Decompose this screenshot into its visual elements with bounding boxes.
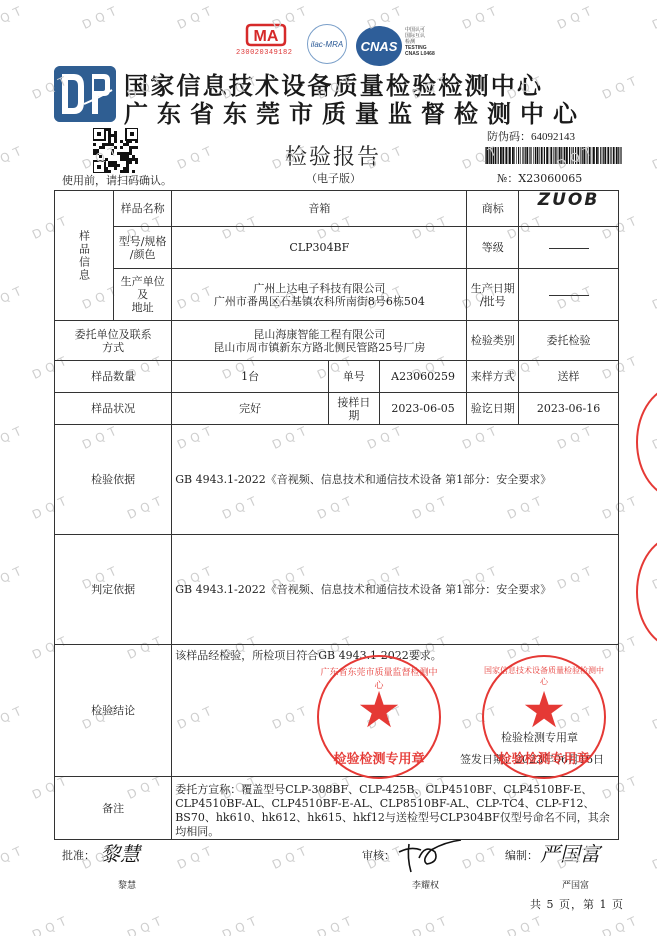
manufacturer-label: 生产单位及地址 — [114, 269, 172, 321]
watermark-text: DQT — [650, 422, 657, 452]
compile-label: 编制： — [505, 847, 538, 863]
seal-stamp-edge-1 — [636, 385, 657, 499]
compile-name: 严国富 — [562, 878, 589, 891]
production-date-label: 生产日期/批号 — [467, 269, 519, 321]
table-row: 样品状况 完好 接样日期 2023-06-05 验讫日期 2023-06-16 — [55, 393, 619, 425]
client-value: 昆山海康智能工程有限公司 昆山市周市镇新东方路北侧民管路25号厂房 — [172, 321, 467, 361]
watermark-text: DQT — [175, 142, 218, 172]
table-row: 型号/规格/颜色 CLP304BF 等级 — [55, 227, 619, 269]
review-label: 审核： — [362, 847, 395, 863]
test-type-label: 检验类别 — [467, 321, 519, 361]
sample-info-group-label: 样品信息 — [55, 191, 114, 321]
table-row: 样品数量 1台 单号 A23060259 来样方式 送样 — [55, 361, 619, 393]
approve-label: 批准： — [62, 847, 95, 863]
sampling-value: 送样 — [519, 361, 619, 393]
grade-value — [519, 227, 619, 269]
watermark-text: DQT — [555, 2, 598, 32]
watermark-text: DQT — [650, 842, 657, 872]
table-row: 检验依据 GB 4943.1-2022《音视频、信息技术和通信技术设备 第1部分… — [55, 425, 619, 535]
dqt-logo-icon — [54, 66, 116, 122]
watermark-text: DQT — [0, 422, 28, 452]
manufacturer-value: 广州上达电子科技有限公司 广州市番禺区石基镇农科所南街8号6栋504 — [172, 269, 467, 321]
table-row: 判定依据 GB 4943.1-2022《音视频、信息技术和通信技术设备 第1部分… — [55, 535, 619, 645]
watermark-text: DQT — [600, 912, 643, 936]
page-number: 共 5 页，第 1 页 — [530, 896, 624, 912]
watermark-text: DQT — [650, 282, 657, 312]
watermark-text: DQT — [410, 912, 453, 936]
production-date-value — [519, 269, 619, 321]
table-row: 备注 委托方宣称：覆盖型号CLP-308BF、CLP-425B、CLP4510B… — [55, 777, 619, 840]
trademark-label: 商标 — [467, 191, 519, 227]
watermark-text: DQT — [650, 142, 657, 172]
conclusion-value: 该样品经检验，所检项目符合GB 4943.1-2022要求。 检验检测专用章 签… — [172, 645, 619, 777]
issue-date: 签发日期：2023年06月16日 — [460, 753, 604, 766]
judgement-label: 判定依据 — [55, 535, 172, 645]
order-no-value: A23060259 — [379, 361, 467, 393]
table-row: 检验结论 该样品经检验，所检项目符合GB 4943.1-2022要求。 检验检测… — [55, 645, 619, 777]
seal-caption: 检验检测专用章 — [501, 731, 578, 744]
review-name: 李耀权 — [412, 878, 439, 891]
watermark-text: DQT — [650, 562, 657, 592]
model-value: CLP304BF — [172, 227, 467, 269]
cma-logo-icon: MA — [245, 22, 287, 48]
judgement-value: GB 4943.1-2022《音视频、信息技术和通信技术设备 第1部分：安全要求… — [172, 535, 619, 645]
report-number: №：X23060065 — [497, 170, 582, 186]
watermark-text: DQT — [600, 72, 643, 102]
client-label: 委托单位及联系方式 — [55, 321, 172, 361]
qr-code-icon[interactable] — [93, 128, 138, 173]
scan-note: 使用前，请扫码确认。 — [62, 172, 172, 188]
test-type-value: 委托检验 — [519, 321, 619, 361]
approve-name: 黎慧 — [118, 878, 136, 891]
watermark-text: DQT — [0, 142, 28, 172]
basis-label: 检验依据 — [55, 425, 172, 535]
model-label: 型号/规格/颜色 — [114, 227, 172, 269]
remarks-label: 备注 — [55, 777, 172, 840]
watermark-text: DQT — [650, 2, 657, 32]
table-row: 样品信息 样品名称 音箱 商标 ZUOB — [55, 191, 619, 227]
watermark-text: DQT — [80, 2, 123, 32]
compile-signature: 严国富 — [540, 838, 600, 867]
completed-date-value: 2023-06-16 — [519, 393, 619, 425]
watermark-text: DQT — [175, 2, 218, 32]
cnas-side-text: 中国认可 国际互认 检测 TESTING CNAS L0468 — [405, 27, 435, 57]
watermark-text: DQT — [30, 912, 73, 936]
table-row: 委托单位及联系方式 昆山海康智能工程有限公司 昆山市周市镇新东方路北侧民管路25… — [55, 321, 619, 361]
barcode-icon — [485, 147, 622, 164]
watermark-text: DQT — [0, 562, 28, 592]
watermark-text: DQT — [0, 702, 28, 732]
watermark-text: DQT — [0, 842, 28, 872]
report-table: 样品信息 样品名称 音箱 商标 ZUOB 型号/规格/颜色 CLP304BF 等… — [54, 190, 619, 840]
review-signature-icon — [395, 838, 465, 874]
approve-signature: 黎慧 — [100, 838, 140, 867]
watermark-text: DQT — [0, 282, 28, 312]
basis-value: GB 4943.1-2022《音视频、信息技术和通信技术设备 第1部分：安全要求… — [172, 425, 619, 535]
anti-fake-code: 防伪码：64092143 — [487, 128, 575, 144]
brand-logo: ZUOB — [538, 190, 600, 210]
edition-label: （电子版） — [306, 170, 361, 186]
watermark-text: DQT — [175, 842, 218, 872]
quantity-label: 样品数量 — [55, 361, 172, 393]
condition-label: 样品状况 — [55, 393, 172, 425]
watermark-text: DQT — [220, 912, 263, 936]
received-date-label: 接样日期 — [329, 393, 380, 425]
grade-label: 等级 — [467, 227, 519, 269]
order-no-label: 单号 — [329, 361, 380, 393]
cma-number: 230020349182 — [236, 49, 292, 57]
condition-value: 完好 — [172, 393, 329, 425]
watermark-text: DQT — [0, 2, 28, 32]
ilac-mra-logo-icon: ilac-MRA — [307, 24, 347, 64]
watermark-text: DQT — [315, 912, 358, 936]
svg-text:MA: MA — [254, 28, 279, 45]
report-title: 检验报告 — [285, 140, 381, 171]
remarks-value: 委托方宣称：覆盖型号CLP-308BF、CLP-425B、CLP4510BF、C… — [172, 777, 619, 840]
received-date-value: 2023-06-05 — [379, 393, 467, 425]
org-name-line-2: 广东省东莞市质量监督检测中心 — [124, 94, 586, 129]
watermark-text: DQT — [650, 702, 657, 732]
completed-date-label: 验讫日期 — [467, 393, 519, 425]
quantity-value: 1台 — [172, 361, 329, 393]
cnas-logo-icon: CNAS — [356, 26, 402, 66]
sampling-label: 来样方式 — [467, 361, 519, 393]
watermark-text: DQT — [460, 2, 503, 32]
empty-dash — [549, 295, 589, 296]
sample-name-label: 样品名称 — [114, 191, 172, 227]
watermark-text: DQT — [460, 842, 503, 872]
sample-name-value: 音箱 — [172, 191, 467, 227]
conclusion-label: 检验结论 — [55, 645, 172, 777]
watermark-text: DQT — [270, 842, 313, 872]
trademark-value: ZUOB — [519, 191, 619, 227]
watermark-text: DQT — [505, 912, 548, 936]
watermark-text: DQT — [125, 912, 168, 936]
seal-stamp-edge-2 — [636, 535, 657, 649]
table-row: 生产单位及地址 广州上达电子科技有限公司 广州市番禺区石基镇农科所南街8号6栋5… — [55, 269, 619, 321]
empty-dash — [549, 248, 589, 249]
